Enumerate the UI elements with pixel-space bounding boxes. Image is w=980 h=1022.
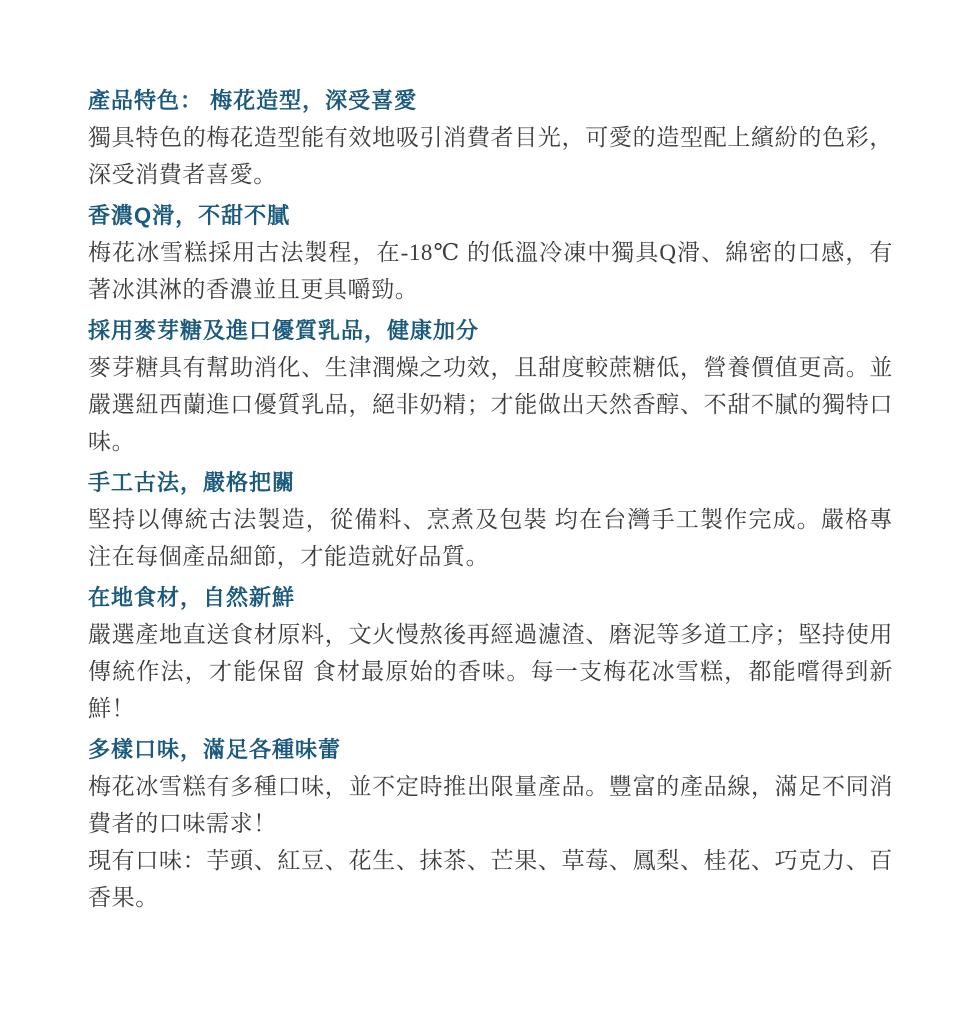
section-paragraph: 獨具特色的梅花造型能有效地吸引消費者目光，可愛的造型配上繽紛的色彩，深受消費者喜… <box>88 119 893 193</box>
section-heading: 在地食材，自然新鮮 <box>88 579 893 616</box>
section-flavors: 多樣口味，滿足各種味蕾 梅花冰雪糕有多種口味，並不定時推出限量產品。豐富的產品線… <box>88 731 893 916</box>
section-heading: 香濃Q滑，不甜不膩 <box>88 197 893 234</box>
product-description-document: 產品特色： 梅花造型，深受喜愛 獨具特色的梅花造型能有效地吸引消費者目光，可愛的… <box>0 0 980 916</box>
section-heading: 產品特色： 梅花造型，深受喜愛 <box>88 82 893 119</box>
section-texture: 香濃Q滑，不甜不膩 梅花冰雪糕採用古法製程，在-18℃ 的低溫冷凍中獨具Q滑、綿… <box>88 197 893 308</box>
section-paragraph: 嚴選產地直送食材原料，文火慢熬後再經過濾渣、磨泥等多道工序；堅持使用傳統作法，才… <box>88 616 893 727</box>
section-product-feature: 產品特色： 梅花造型，深受喜愛 獨具特色的梅花造型能有效地吸引消費者目光，可愛的… <box>88 82 893 193</box>
section-paragraph: 梅花冰雪糕有多種口味，並不定時推出限量產品。豐富的產品線，滿足不同消費者的口味需… <box>88 768 893 842</box>
section-heading: 多樣口味，滿足各種味蕾 <box>88 731 893 768</box>
section-heading: 採用麥芽糖及進口優質乳品，健康加分 <box>88 312 893 349</box>
section-paragraph: 堅持以傳統古法製造，從備料、烹煮及包裝 均在台灣手工製作完成。嚴格專注在每個產品… <box>88 501 893 575</box>
section-paragraph-flavor-list: 現有口味：芋頭、紅豆、花生、抹茶、芒果、草莓、鳳梨、桂花、巧克力、百香果。 <box>88 842 893 916</box>
section-handmade: 手工古法，嚴格把關 堅持以傳統古法製造，從備料、烹煮及包裝 均在台灣手工製作完成… <box>88 464 893 575</box>
section-ingredients-maltose: 採用麥芽糖及進口優質乳品，健康加分 麥芽糖具有幫助消化、生津潤燥之功效，且甜度較… <box>88 312 893 460</box>
section-local-ingredients: 在地食材，自然新鮮 嚴選產地直送食材原料，文火慢熬後再經過濾渣、磨泥等多道工序；… <box>88 579 893 727</box>
section-paragraph: 麥芽糖具有幫助消化、生津潤燥之功效，且甜度較蔗糖低，營養價值更高。並嚴選紐西蘭進… <box>88 349 893 460</box>
section-heading: 手工古法，嚴格把關 <box>88 464 893 501</box>
section-paragraph: 梅花冰雪糕採用古法製程，在-18℃ 的低溫冷凍中獨具Q滑、綿密的口感，有著冰淇淋… <box>88 234 893 308</box>
